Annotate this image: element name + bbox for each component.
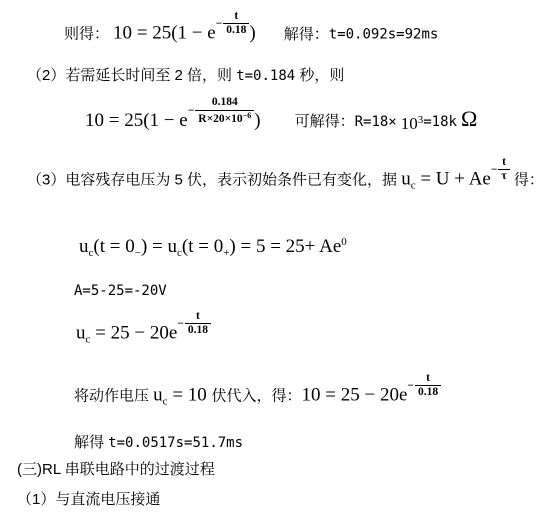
- e-exponent-zero: 0: [341, 236, 347, 248]
- exponent-group: −t0.18: [177, 310, 211, 337]
- label-can-solve: 可解得：: [295, 113, 355, 130]
- solve-result-value: t=0.0517s=51.7ms: [108, 435, 243, 451]
- exponent-group: −t0.18: [407, 372, 441, 399]
- equation-mid: = U + Ae: [416, 169, 491, 190]
- substitute-text-pre: 将动作电压: [74, 388, 153, 405]
- fraction: t0.18: [415, 372, 441, 399]
- exponent-minus: −: [491, 164, 498, 176]
- text-line-item-3: （3）电容残存电压为 5 伏，表示初始条件已有变化，据 uc = U + Ae−…: [27, 168, 542, 195]
- item-2-text-post: 秒，则: [295, 67, 344, 84]
- equation-close-paren: ): [249, 23, 255, 44]
- ohm-symbol: Ω: [461, 106, 477, 131]
- fraction-denominator: τ: [498, 169, 509, 183]
- item-3-text-pre: （3）电容残存电压为 5 伏，表示初始条件已有变化，据: [27, 172, 401, 189]
- formula-line-uc-solution: uc = 25 − 20e−t0.18: [76, 322, 211, 349]
- exponent-minus: −: [216, 18, 223, 30]
- fraction-numerator: 0.184: [195, 96, 254, 109]
- uc-variable: u: [79, 236, 89, 257]
- fraction: 0.184R×20×10−6: [195, 96, 254, 125]
- exponent-group: −tτ: [491, 156, 510, 183]
- denominator-exponent: −6: [243, 111, 252, 120]
- uc-variable: u: [76, 323, 86, 344]
- substitute-text-mid: 伏代入，得：: [212, 388, 302, 405]
- fraction-denominator: 0.18: [223, 23, 249, 37]
- exponent-group: −0.184R×20×10−6: [188, 96, 255, 125]
- A-value-text: A=5-25=-20V: [74, 283, 167, 299]
- subsection-heading-dc: （1）与直流电压接通: [17, 488, 160, 509]
- label-solved: 解得: [74, 434, 108, 451]
- section-heading-RL: (三)RL 串联电路中的过渡过程: [17, 458, 215, 479]
- uc-variable: u: [153, 385, 163, 406]
- power-base: 10: [401, 114, 418, 133]
- exponent-minus: −: [177, 318, 184, 330]
- resistance-value-pre: R=18×: [355, 114, 397, 130]
- item-2-time-value: t=0.184: [236, 68, 295, 84]
- label-solved: 解得：: [284, 26, 329, 43]
- fraction-numerator: t: [498, 156, 509, 169]
- exponent-minus: −: [188, 105, 195, 117]
- section-heading-text: (三)RL 串联电路中的过渡过程: [17, 461, 215, 478]
- fraction: t0.18: [185, 310, 211, 337]
- uc-variable: u: [401, 169, 411, 190]
- uc-variable: u: [167, 236, 177, 257]
- formula-line-solve-R: 10 = 25(1 − e−0.184R×20×10−6) 可解得：R=18× …: [85, 106, 477, 138]
- equation-main: 10 = 25(1 − e: [113, 23, 216, 44]
- document-page: 则得： 10 = 25(1 − e−t0.18) 解得：t=0.092s=92m…: [0, 0, 542, 523]
- power-of-ten: 103: [401, 114, 424, 133]
- equals-segment: ) =: [141, 236, 168, 257]
- text-line-item-2: （2）若需延长时间至 2 倍，则 t=0.184 秒，则: [27, 64, 344, 85]
- fraction-numerator: t: [415, 372, 441, 385]
- formula-line-initial-condition: uc(t = 0−) = uc(t = 0+) = 5 = 25+ Ae0: [79, 236, 347, 259]
- t-zero-minus-open: (t = 0: [93, 236, 134, 257]
- equation-close-paren: ): [254, 110, 260, 131]
- item-2-text-pre: （2）若需延长时间至 2 倍，则: [27, 67, 236, 84]
- solve-result-value: t=0.092s=92ms: [329, 27, 439, 43]
- fraction-denominator: 0.18: [415, 385, 441, 399]
- fraction: t0.18: [223, 10, 249, 37]
- equals-ten: = 10: [168, 385, 212, 406]
- label-then-get: 则得：: [64, 26, 109, 43]
- fraction: tτ: [498, 156, 509, 183]
- exponent-group: −t0.18: [216, 10, 250, 37]
- resistance-value-mid: =18k: [423, 114, 457, 130]
- formula-line-solve-t: 则得： 10 = 25(1 − e−t0.18) 解得：t=0.092s=92m…: [64, 22, 438, 49]
- equation-main: 10 = 25(1 − e: [85, 110, 188, 131]
- subsection-heading-text: （1）与直流电压接通: [17, 491, 160, 508]
- denominator-base: R×20×10: [198, 113, 242, 125]
- formula-line-A-value: A=5-25=-20V: [74, 282, 167, 300]
- fraction-numerator: t: [185, 310, 211, 323]
- formula-line-substitute: 将动作电压 uc = 10 伏代入，得：10 = 25 − 20e−t0.18: [74, 384, 441, 411]
- equation-main: 10 = 25 − 20e: [302, 385, 408, 406]
- fraction-denominator: R×20×10−6: [195, 110, 254, 126]
- equation-tail: ) = 5 = 25+ Ae: [229, 236, 341, 257]
- item-3-text-post: 得：: [510, 172, 542, 189]
- equation-mid: = 25 − 20e: [90, 323, 177, 344]
- fraction-numerator: t: [223, 10, 249, 23]
- text-line-solve-result: 解得 t=0.0517s=51.7ms: [74, 431, 243, 452]
- t-zero-plus-open: (t = 0: [182, 236, 223, 257]
- exponent-minus: −: [407, 380, 414, 392]
- fraction-denominator: 0.18: [185, 323, 211, 337]
